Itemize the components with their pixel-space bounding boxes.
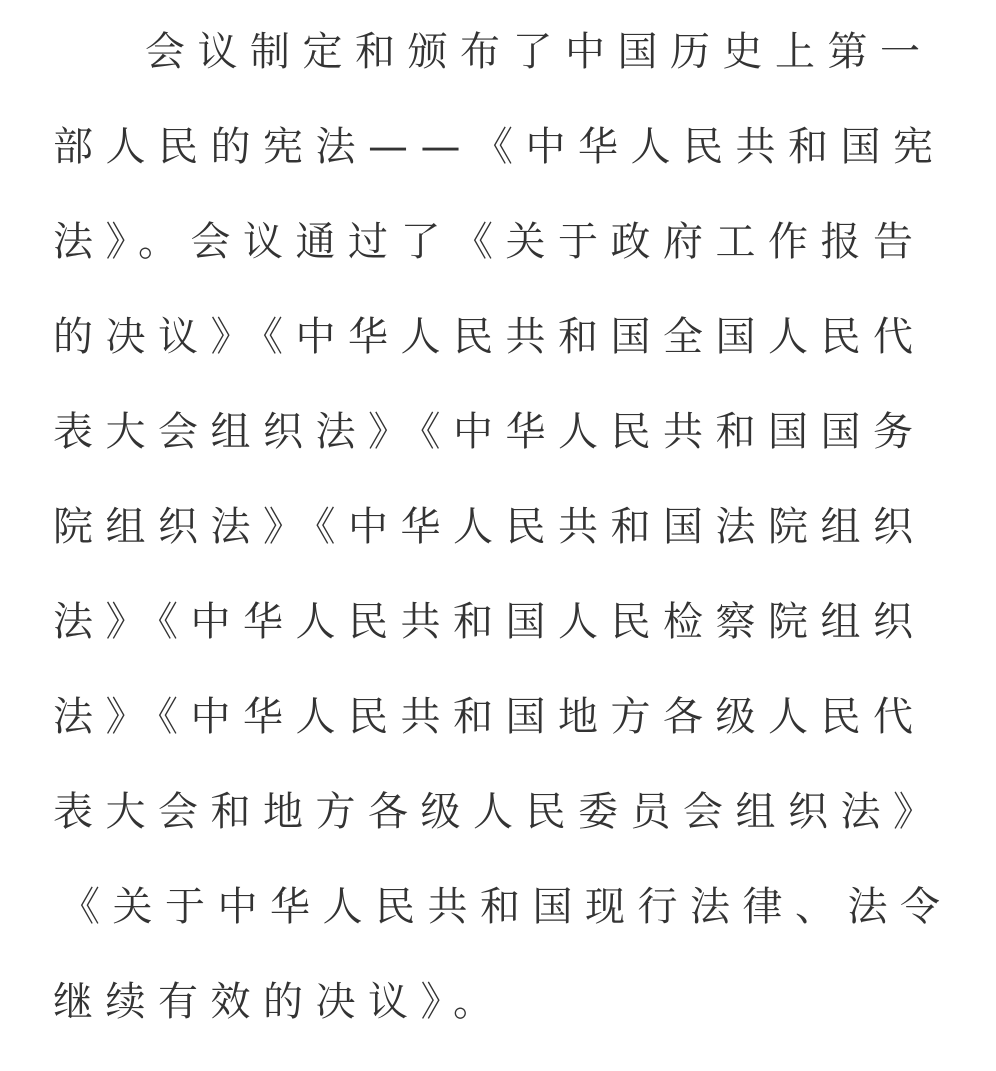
paragraph-line-10: 《关于中华人民共和国现行法律、法令 <box>60 877 953 937</box>
paragraph-line-6: 院组织法》《中华人民共和国法院组织 <box>53 497 926 557</box>
paragraph-line-11: 继续有效的决议》。 <box>53 972 506 1032</box>
paragraph-line-9: 表大会和地方各级人民委员会组织法》 <box>53 782 946 842</box>
paragraph-line-1: 会议制定和颁布了中国历史上第一 <box>145 22 933 82</box>
paragraph-line-7: 法》《中华人民共和国人民检察院组织 <box>53 592 926 652</box>
article-body: 会议制定和颁布了中国历史上第一 部人民的宪法——《中华人民共和国宪 法》。会议通… <box>0 0 996 1071</box>
paragraph-line-2: 部人民的宪法——《中华人民共和国宪 <box>53 117 946 177</box>
paragraph-line-4: 的决议》《中华人民共和国全国人民代 <box>53 307 926 367</box>
paragraph-line-3: 法》。会议通过了《关于政府工作报告 <box>53 212 926 272</box>
paragraph-line-8: 法》《中华人民共和国地方各级人民代 <box>53 687 926 747</box>
paragraph-line-5: 表大会组织法》《中华人民共和国国务 <box>53 402 926 462</box>
